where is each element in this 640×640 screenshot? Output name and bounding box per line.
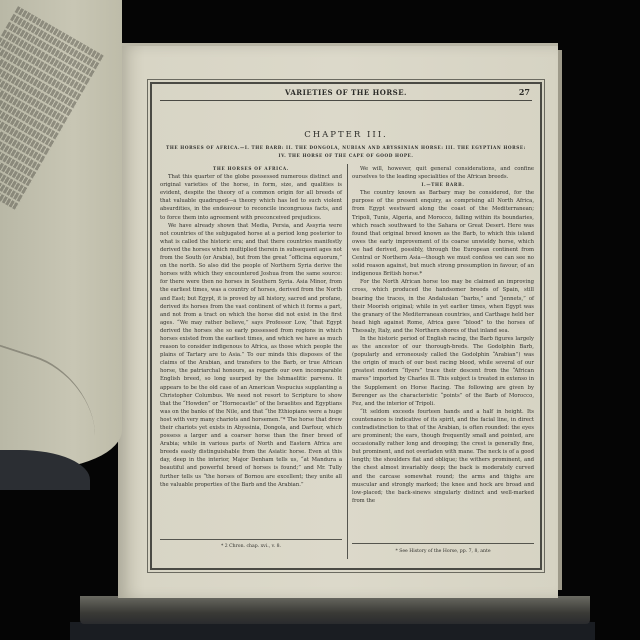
footnote-rule-left xyxy=(160,539,342,540)
footnote-right: * See History of the Horse, pp. 7, 8, an… xyxy=(352,549,534,554)
right-column: We will, however, quit general considera… xyxy=(352,165,534,505)
page-frame: VARIETIES OF THE HORSE. 27 CHAPTER III. … xyxy=(150,82,542,570)
chapter-subtitle-line2: IV. THE HORSE OF THE CAPE OF GOOD HOPE. xyxy=(156,152,536,160)
column-divider xyxy=(347,164,348,559)
paragraph: In the historic period of English racing… xyxy=(352,335,534,408)
footnote-left: * 2 Chron. chap. xvi., v. 8. xyxy=(160,544,342,549)
running-head: VARIETIES OF THE HORSE. xyxy=(152,88,540,97)
chapter-subtitle: THE HORSES OF AFRICA.—I. THE BARB: II. T… xyxy=(156,144,536,160)
chapter-subtitle-line1: THE HORSES OF AFRICA.—I. THE BARB: II. T… xyxy=(156,144,536,152)
footnote-rule-right xyxy=(352,543,534,544)
paragraph: That this quarter of the globe possessed… xyxy=(160,173,342,222)
chapter-title: CHAPTER III. xyxy=(152,130,540,140)
left-page xyxy=(0,0,122,470)
paragraph: For the North African horse too may be c… xyxy=(352,278,534,335)
left-column: THE HORSES OF AFRICA. That this quarter … xyxy=(160,165,342,489)
right-page: VARIETIES OF THE HORSE. 27 CHAPTER III. … xyxy=(118,46,558,598)
page-number: 27 xyxy=(519,87,530,97)
section-heading-horses-of-africa: THE HORSES OF AFRICA. xyxy=(160,165,342,173)
paragraph-intro: We will, however, quit general considera… xyxy=(352,165,534,181)
left-page-text xyxy=(0,6,105,229)
section-heading-barb: I.—THE BARB. xyxy=(352,181,534,189)
book-cover-bottom xyxy=(70,622,595,640)
page-block-edge xyxy=(80,596,590,624)
paragraph: The country known as Barbary may be cons… xyxy=(352,189,534,278)
head-rule xyxy=(160,100,532,101)
paragraph: “It seldom exceeds fourteen hands and a … xyxy=(352,408,534,505)
paragraph: We have already shown that Media, Persia… xyxy=(160,222,342,489)
